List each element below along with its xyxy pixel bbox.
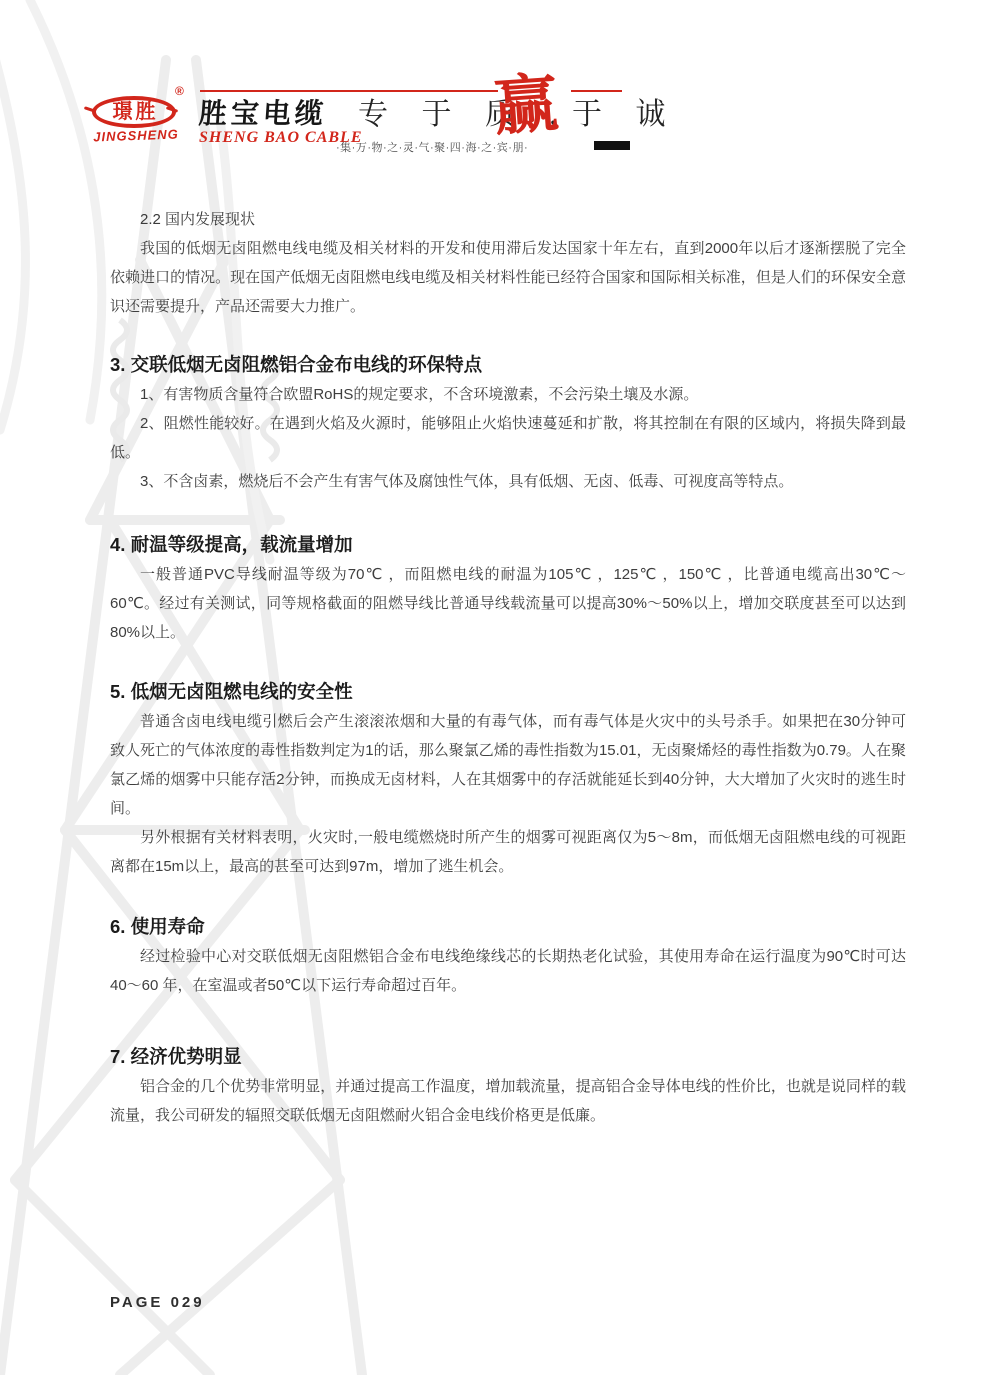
section-7-paragraph: 铝合金的几个优势非常明显，并通过提高工作温度，增加载流量，提高铝合金导体电线的性… xyxy=(110,1072,906,1130)
logo-mark-text: 璟胜 xyxy=(110,102,159,122)
brand-tagline: ·集·万·物·之·灵·气·聚·四·海·之·宾·朋· xyxy=(336,139,528,155)
section-6-paragraph: 经过检验中心对交联低烟无卤阻燃铝合金布电线绝缘线芯的长期热老化试验，其使用寿命在… xyxy=(110,942,906,1000)
section-5-title: 5. 低烟无卤阻燃电线的安全性 xyxy=(110,677,906,707)
header-rule-right xyxy=(571,90,622,92)
section-5-paragraph-1: 普通含卤电线电缆引燃后会产生滚滚浓烟和大量的有毒气体，而有毒气体是火灾中的头号杀… xyxy=(110,707,906,823)
section-3-title: 3. 交联低烟无卤阻燃铝合金布电线的环保特点 xyxy=(110,350,906,380)
page-number: PAGE 029 xyxy=(110,1294,205,1311)
slogan-win-character: 赢 xyxy=(492,72,560,140)
logo-oval-icon: 璟胜 xyxy=(92,96,176,128)
section-5-paragraph-2: 另外根据有关材料表明，火灾时,一般电缆燃烧时所产生的烟雾可视距离仅为5～8m，而… xyxy=(110,823,906,881)
section-3-item-3: 3、不含卤素，燃烧后不会产生有害气体及腐蚀性气体，具有低烟、无卤、低毒、可视度高… xyxy=(110,467,906,496)
slogan-right-text: 于 诚 xyxy=(572,100,679,130)
subsection-title: 2.2 国内发展现状 xyxy=(110,205,906,234)
section-7-title: 7. 经济优势明显 xyxy=(110,1042,906,1072)
registered-trademark-icon: ® xyxy=(175,84,184,98)
section-6-title: 6. 使用寿命 xyxy=(110,912,906,942)
brand-name-cn: 胜宝电缆 xyxy=(198,92,329,132)
section-3-item-1: 1、有害物质含量符合欧盟RoHS的规定要求，不含环境激素，不会污染土壤及水源。 xyxy=(110,380,906,409)
subsection-paragraph: 我国的低烟无卤阻燃电线电缆及相关材料的开发和使用滞后发达国家十年左右，直到200… xyxy=(110,234,906,321)
document-body: 2.2 国内发展现状 我国的低烟无卤阻燃电线电缆及相关材料的开发和使用滞后发达国… xyxy=(110,205,906,1130)
section-4-title: 4. 耐温等级提高，载流量增加 xyxy=(110,530,906,560)
company-logo: ® 璟胜 JINGSHENG xyxy=(86,84,196,176)
tagline-end-bar xyxy=(594,141,630,150)
logo-romanized: JINGSHENG xyxy=(88,126,184,144)
section-3-item-2: 2、阻燃性能较好。在遇到火焰及火源时，能够阻止火焰快速蔓延和扩散，将其控制在有限… xyxy=(110,409,906,467)
section-4-paragraph: 一般普通PVC导线耐温等级为70℃ ，而阻燃电线的耐温为105℃ ，125℃ ，… xyxy=(110,560,906,647)
